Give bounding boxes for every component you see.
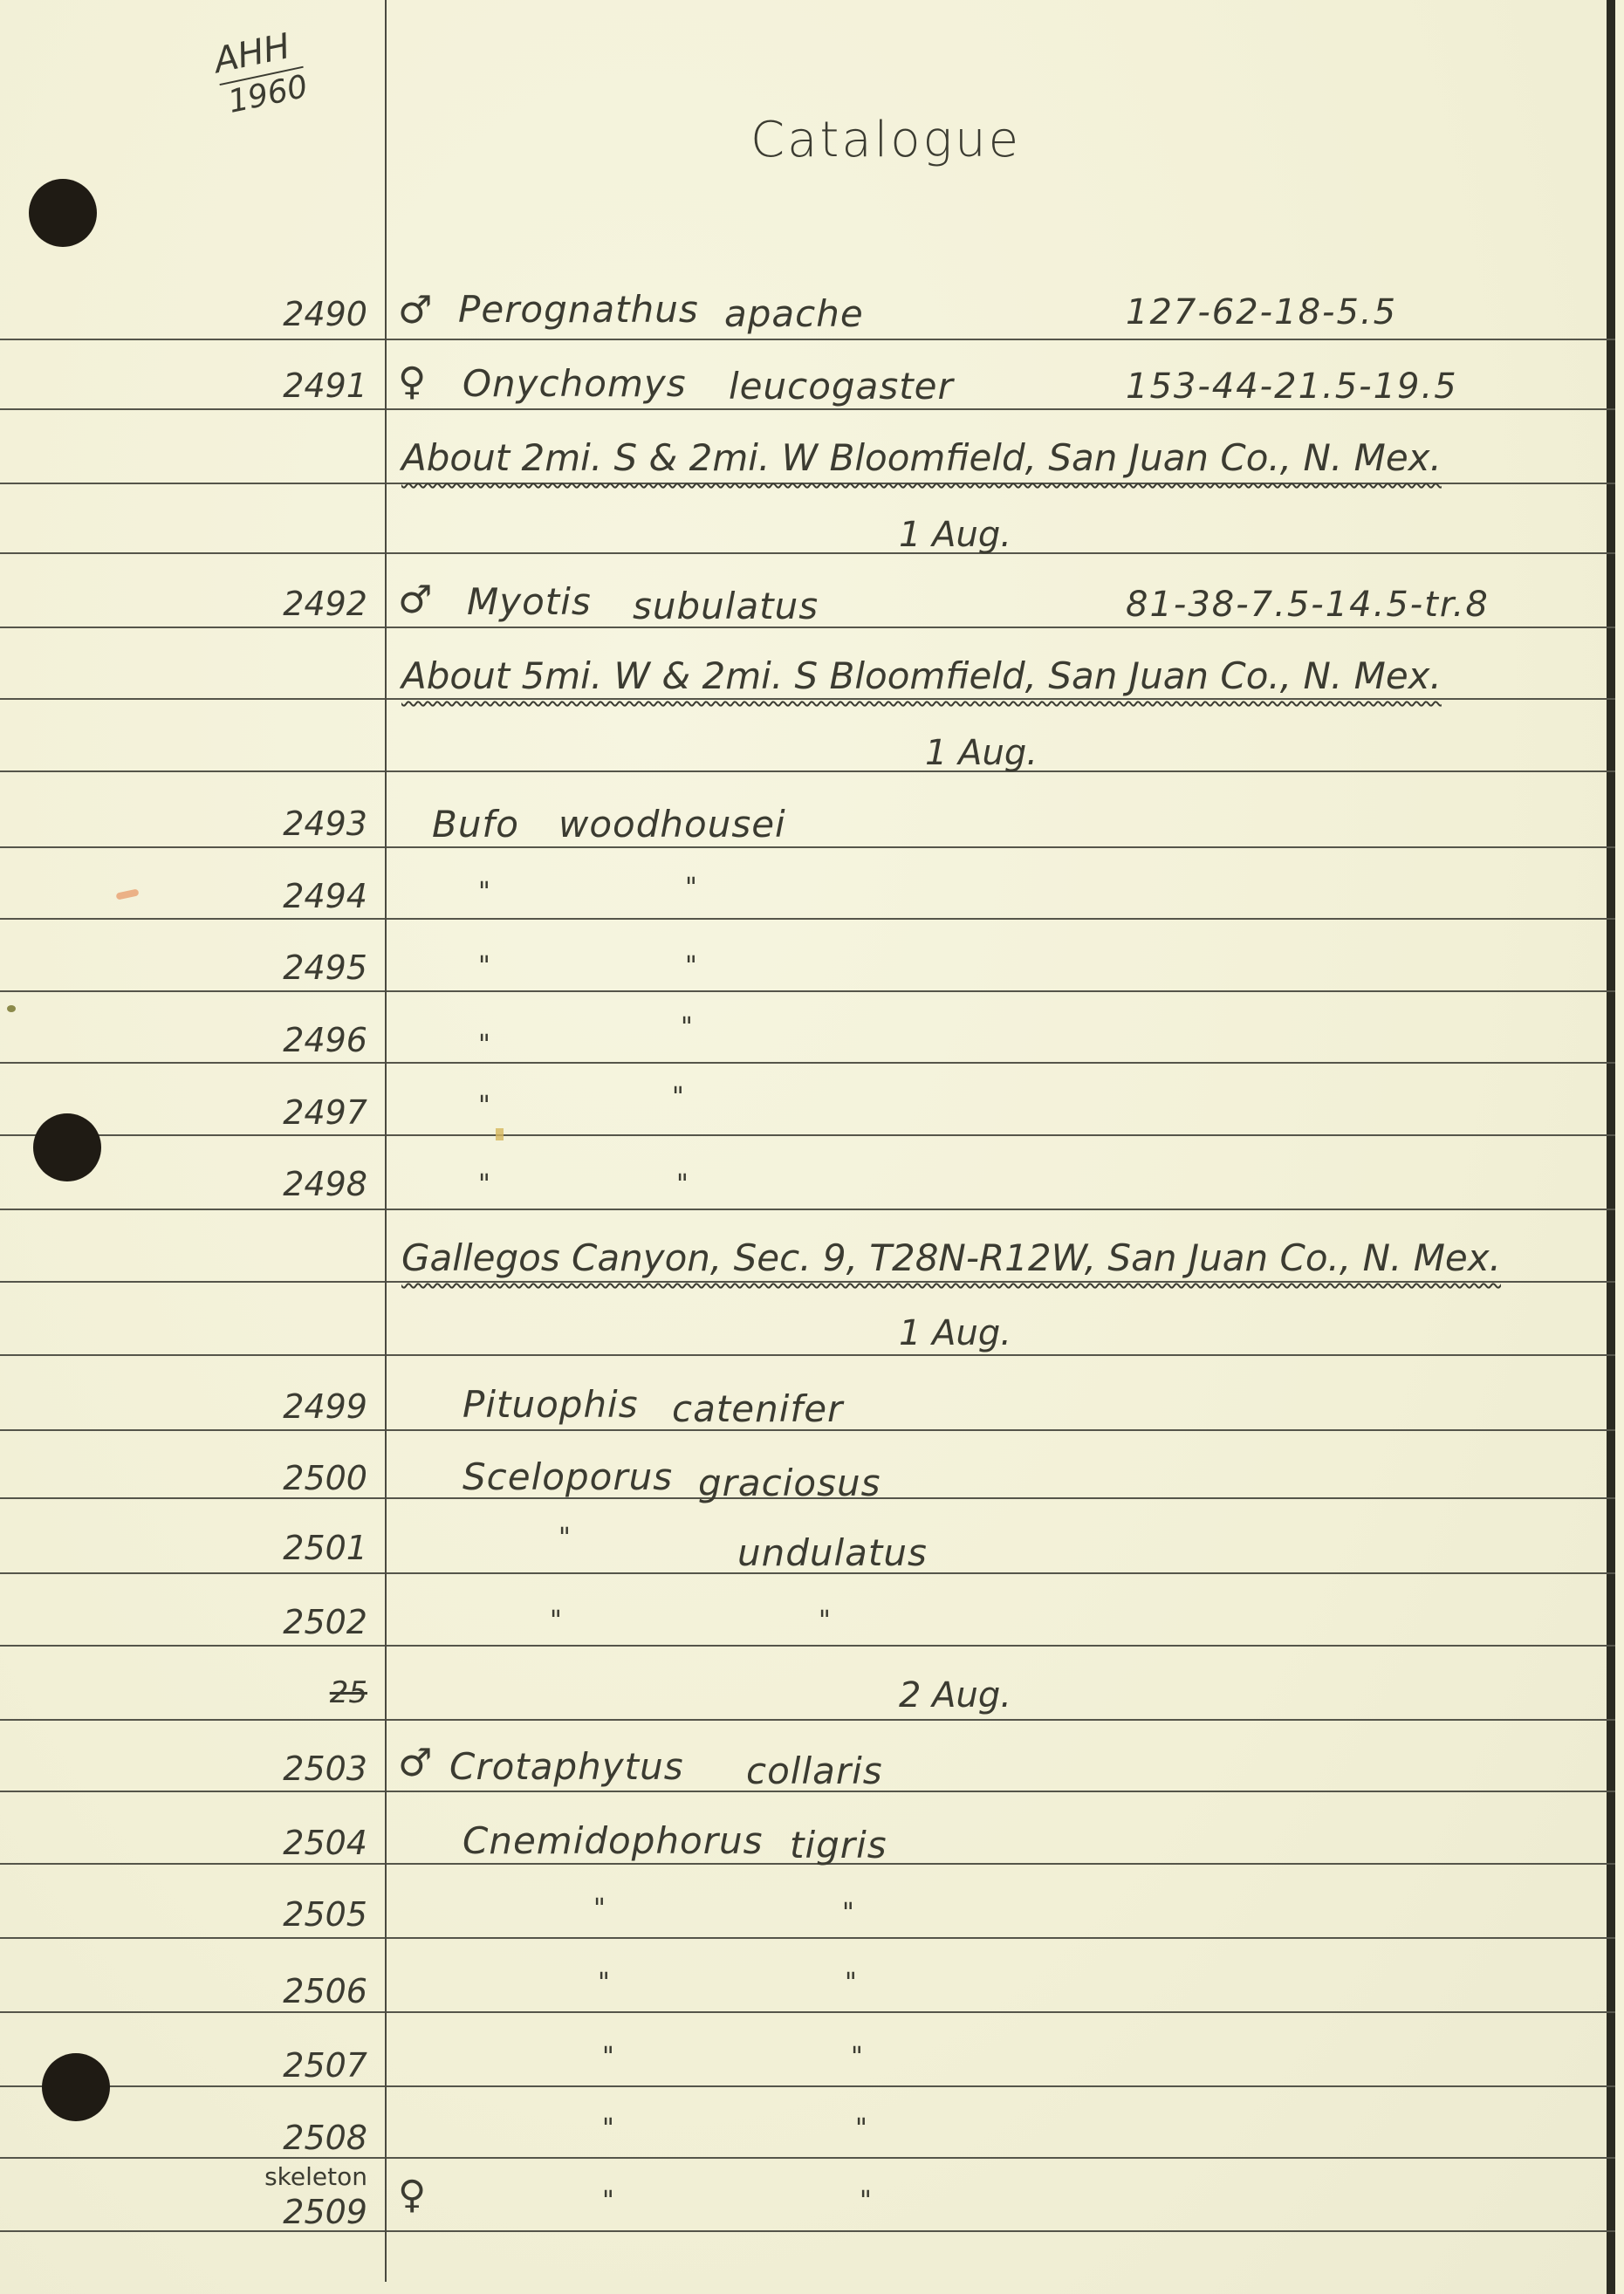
- rule-line: [0, 990, 1615, 992]
- genus: Bufo: [432, 803, 519, 846]
- genus: Onychomys: [463, 362, 687, 405]
- catalogue-number: 2509: [283, 2193, 367, 2231]
- female-symbol-icon: ♀: [398, 360, 426, 404]
- genus: Myotis: [467, 580, 592, 623]
- punch-hole: [42, 2053, 110, 2121]
- rule-line: [0, 918, 1615, 920]
- measurements: 153-44-21.5-19.5: [1126, 366, 1458, 407]
- collection-date: 2 Aug.: [899, 1675, 1011, 1715]
- stain-mark: [7, 1005, 16, 1012]
- catalogue-number: 2501: [283, 1529, 367, 1567]
- collection-date: 1 Aug.: [925, 733, 1038, 773]
- catalogue-number: 2506: [283, 1972, 367, 2010]
- male-symbol-icon: ♂: [398, 1741, 432, 1785]
- stain-mark: [496, 1128, 504, 1140]
- ditto-mark: ": [672, 1082, 684, 1113]
- species: subulatus: [633, 585, 819, 627]
- species: graciosus: [698, 1462, 881, 1504]
- ditto-mark: ": [676, 1169, 689, 1200]
- collection-date: 1 Aug.: [899, 1313, 1011, 1353]
- ditto-mark: ": [593, 1893, 606, 1924]
- species: woodhousei: [558, 803, 786, 846]
- punch-hole: [29, 179, 97, 247]
- collection-date: 1 Aug.: [899, 515, 1011, 555]
- ditto-mark: ": [819, 1606, 831, 1636]
- rule-line: [0, 2157, 1615, 2159]
- ditto-mark: ": [842, 1898, 854, 1928]
- catalogue-number: 2499: [283, 1387, 367, 1426]
- catalogue-number: 2497: [283, 1093, 367, 1132]
- catalogue-number: 2505: [283, 1895, 367, 1934]
- male-symbol-icon: ♂: [398, 578, 432, 622]
- ditto-mark: ": [845, 1968, 857, 1998]
- locality: Gallegos Canyon, Sec. 9, T28N-R12W, San …: [401, 1236, 1501, 1279]
- punch-hole: [33, 1113, 101, 1181]
- species: tigris: [790, 1824, 887, 1866]
- ditto-mark: ": [685, 873, 697, 903]
- rule-line: [0, 1281, 1615, 1283]
- ditto-mark: ": [478, 1169, 490, 1200]
- ditto-mark: ": [855, 2113, 867, 2144]
- ditto-mark: ": [681, 1012, 693, 1043]
- catalogue-number: 2491: [283, 366, 367, 405]
- catalogue-number: 2504: [283, 1824, 367, 1862]
- rule-line: [0, 1354, 1615, 1356]
- rule-line: [0, 846, 1615, 848]
- catalogue-number: 2502: [283, 1603, 367, 1641]
- species: apache: [724, 292, 864, 335]
- catalogue-number: 2493: [283, 805, 367, 843]
- rule-line: [0, 339, 1615, 340]
- rule-line: [0, 1645, 1615, 1647]
- ditto-mark: ": [860, 2186, 872, 2216]
- locality: About 2mi. S & 2mi. W Bloomfield, San Ju…: [401, 436, 1442, 479]
- genus: Pituophis: [463, 1383, 639, 1426]
- ditto-mark: ": [478, 951, 490, 982]
- collector-initials: AHH 1960: [211, 27, 311, 120]
- rule-line: [0, 1134, 1615, 1136]
- catalogue-number: 2495: [283, 948, 367, 987]
- ditto-mark: ": [478, 1030, 490, 1060]
- rule-line: [0, 698, 1615, 700]
- catalogue-number: 2492: [283, 585, 367, 623]
- rule-line: [0, 1209, 1615, 1210]
- locality: About 5mi. W & 2mi. S Bloomfield, San Ju…: [401, 654, 1442, 697]
- species: undulatus: [737, 1531, 928, 1574]
- species: collaris: [746, 1750, 883, 1792]
- margin-line: [385, 0, 387, 2282]
- measurements: 127-62-18-5.5: [1126, 292, 1397, 332]
- catalogue-page: AHH 1960 Catalogue 2490 ♂ Perognathus ap…: [0, 0, 1615, 2294]
- ditto-mark: ": [550, 1606, 562, 1636]
- catalogue-number: 2498: [283, 1165, 367, 1203]
- genus: Perognathus: [458, 288, 699, 331]
- species: catenifer: [672, 1387, 843, 1430]
- rule-line: [0, 770, 1615, 772]
- measurements: 81-38-7.5-14.5-tr.8: [1126, 585, 1490, 625]
- catalogue-number: 2490: [283, 295, 367, 333]
- rule-line: [0, 2085, 1615, 2087]
- stain-mark: [115, 888, 139, 900]
- genus: Crotaphytus: [449, 1745, 684, 1788]
- rule-line: [0, 2230, 1615, 2232]
- struck-out-number: 25: [330, 1675, 367, 1710]
- ditto-mark: ": [602, 2113, 614, 2144]
- ditto-mark: ": [558, 1523, 571, 1553]
- catalogue-number: 2496: [283, 1021, 367, 1059]
- rule-line: [0, 1937, 1615, 1939]
- male-symbol-icon: ♂: [398, 288, 432, 332]
- specimen-note: skeleton: [264, 2162, 367, 2191]
- rule-line: [0, 1719, 1615, 1721]
- page-edge-shadow: [1607, 0, 1615, 2294]
- catalogue-number: 2503: [283, 1750, 367, 1788]
- catalogue-number: 2507: [283, 2046, 367, 2085]
- species: leucogaster: [729, 365, 954, 407]
- catalogue-number: 2508: [283, 2119, 367, 2157]
- ditto-mark: ": [851, 2042, 863, 2072]
- female-symbol-icon: ♀: [398, 2173, 426, 2217]
- rule-line: [0, 552, 1615, 554]
- ditto-mark: ": [598, 1968, 610, 1998]
- ditto-mark: ": [685, 951, 697, 982]
- ditto-mark: ": [478, 1091, 490, 1121]
- rule-line: [0, 2011, 1615, 2013]
- ditto-mark: ": [602, 2186, 614, 2216]
- genus: Sceloporus: [463, 1455, 673, 1498]
- rule-line: [0, 483, 1615, 484]
- ditto-mark: ": [478, 877, 490, 907]
- ditto-mark: ": [602, 2042, 614, 2072]
- catalogue-number: 2500: [283, 1459, 367, 1497]
- rule-line: [0, 408, 1615, 410]
- genus: Cnemidophorus: [463, 1819, 763, 1862]
- catalogue-number: 2494: [283, 877, 367, 915]
- rule-line: [0, 1062, 1615, 1064]
- page-title: Catalogue: [750, 112, 1021, 168]
